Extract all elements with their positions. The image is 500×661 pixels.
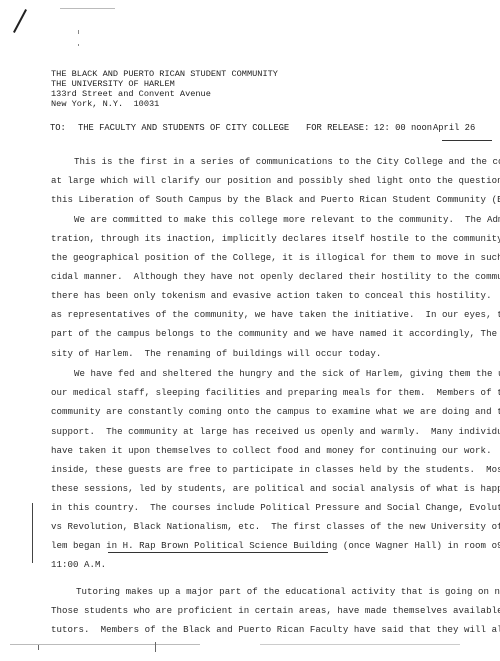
- margin-bracket-mark: [32, 503, 33, 563]
- body-line: support. The community at large has rece…: [51, 426, 500, 437]
- to-label: TO:: [50, 123, 66, 133]
- body-line: in this country. The courses include Pol…: [51, 502, 500, 513]
- letterhead-university: THE UNIVERSITY OF HARLEM: [51, 79, 175, 89]
- body-line: at large which will clarify our position…: [51, 175, 500, 186]
- body-line: tration, through its inaction, implicitl…: [51, 233, 500, 244]
- release-date-underline: [442, 140, 492, 141]
- scan-speck: [155, 642, 156, 652]
- body-line: this Liberation of South Campus by the B…: [51, 194, 500, 205]
- body-line: our medical staff, sleeping facilities a…: [51, 387, 500, 398]
- body-line: We are committed to make this college mo…: [74, 214, 500, 225]
- document-page: THE BLACK AND PUERTO RICAN STUDENT COMMU…: [0, 0, 500, 661]
- scan-speck: [38, 645, 39, 650]
- body-line: cidal manner. Although they have not ope…: [51, 271, 500, 282]
- body-line: have taken it upon themselves to collect…: [51, 445, 500, 456]
- scan-speck: [78, 30, 79, 34]
- body-line: lem began in H. Rap Brown Political Scie…: [51, 540, 500, 551]
- to-recipients: THE FACULTY AND STUDENTS OF CITY COLLEGE: [78, 123, 289, 133]
- top-scan-mark: [60, 8, 115, 9]
- body-line: part of the campus belongs to the commun…: [51, 328, 500, 339]
- body-line: community are constantly coming onto the…: [51, 406, 500, 417]
- body-line: This is the first in a series of communi…: [74, 156, 500, 167]
- letterhead-city: New York, N.Y. 10031: [51, 99, 159, 109]
- body-line: these sessions, led by students, are pol…: [51, 483, 500, 494]
- release-date: April 26: [433, 123, 475, 133]
- body-line: Those students who are proficient in cer…: [51, 605, 500, 616]
- body-line: vs Revolution, Black Nationalism, etc. T…: [51, 521, 500, 532]
- body-line: there has been only tokenism and evasive…: [51, 290, 500, 301]
- scan-speck: [78, 44, 79, 46]
- body-line: We have fed and sheltered the hungry and…: [74, 368, 500, 379]
- letterhead-org-name: THE BLACK AND PUERTO RICAN STUDENT COMMU…: [51, 69, 278, 79]
- body-line: Tutoring makes up a major part of the ed…: [76, 586, 500, 597]
- pen-slash-mark: [13, 9, 27, 33]
- bottom-scan-noise: [260, 644, 460, 645]
- letterhead-street: 133rd Street and Convent Avenue: [51, 89, 211, 99]
- body-line: as representatives of the community, we …: [51, 309, 500, 320]
- building-name-underline: [108, 552, 328, 553]
- body-line: inside, these guests are free to partici…: [51, 464, 500, 475]
- body-line: the geographical position of the College…: [51, 252, 500, 263]
- body-line: sity of Harlem. The renaming of building…: [51, 348, 381, 359]
- body-line: 11:00 A.M.: [51, 559, 106, 570]
- release-time: 12: 00 noon: [374, 123, 432, 133]
- release-label: FOR RELEASE:: [306, 123, 369, 133]
- body-line: tutors. Members of the Black and Puerto …: [51, 624, 500, 635]
